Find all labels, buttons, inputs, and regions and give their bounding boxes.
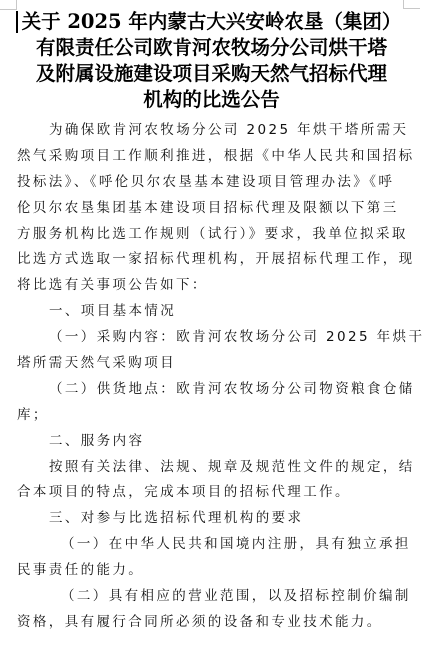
title-line: 及附属设施建设项目采购天然气招标代理 bbox=[14, 61, 409, 87]
paragraph-line: 然气采购项目工作顺利推进，根据《中华人民共和国招标 bbox=[17, 144, 417, 170]
paragraph-line: 为确保欧肯河农牧场分公司 2025 年烘干塔所需天 bbox=[17, 118, 417, 144]
paragraph-line: 将比选有关事项公告如下： bbox=[17, 273, 417, 299]
paragraph-line: （一）采购内容：欧肯河农牧场分公司 2025 年烘干 bbox=[17, 325, 417, 351]
paragraph-line: 民事责任的能力。 bbox=[17, 558, 417, 584]
document-title: 关于 2025 年内蒙古大兴安岭农垦（集团） 有限责任公司欧肯河农牧场分公司烘干… bbox=[14, 9, 409, 113]
paragraph-line: 三、对参与比选招标代理机构的要求 bbox=[17, 506, 417, 532]
title-line: 有限责任公司欧肯河农牧场分公司烘干塔 bbox=[14, 35, 409, 61]
paragraph-line: 资格，具有履行合同所必须的设备和专业技术能力。 bbox=[17, 610, 417, 636]
title-line: 关于 2025 年内蒙古大兴安岭农垦（集团） bbox=[14, 9, 409, 35]
paragraph-line: （一）在中华人民共和国境内注册，具有独立承担 bbox=[17, 532, 417, 558]
paragraph-line: 投标法》、《呼伦贝尔农垦基本建设项目管理办法》《呼 bbox=[17, 170, 417, 196]
paragraph-line: 二、服务内容 bbox=[17, 429, 417, 455]
title-line: 机构的比选公告 bbox=[14, 87, 409, 113]
paragraph-line: 按照有关法律、法规、规章及规范性文件的规定，结 bbox=[17, 455, 417, 481]
paragraph-line: 库； bbox=[17, 403, 417, 429]
paragraph-line: （二）供货地点：欧肯河农牧场分公司物资粮食仓储 bbox=[17, 377, 417, 403]
paragraph-line: 一、项目基本情况 bbox=[17, 299, 417, 325]
paragraph-line: 伦贝尔农垦集团基本建设项目招标代理及限额以下第三 bbox=[17, 196, 417, 222]
paragraph-line: 塔所需天然气采购项目 bbox=[17, 351, 417, 377]
paragraph-line: 合本项目的特点，完成本项目的招标代理工作。 bbox=[17, 480, 417, 506]
margin-corner-mark-right-vertical bbox=[403, 0, 404, 8]
paragraph-line: （二）具有相应的营业范围，以及招标控制价编制 bbox=[17, 584, 417, 610]
document-body[interactable]: 为确保欧肯河农牧场分公司 2025 年烘干塔所需天然气采购项目工作顺利推进，根据… bbox=[17, 118, 417, 636]
paragraph-line: 方服务机构比选工作规则（试行）》要求，我单位拟采取 bbox=[17, 222, 417, 248]
margin-corner-mark-left-vertical bbox=[16, 0, 17, 9]
paragraph-line: 比选方式选取一家招标代理机构，开展招标代理工作，现 bbox=[17, 247, 417, 273]
